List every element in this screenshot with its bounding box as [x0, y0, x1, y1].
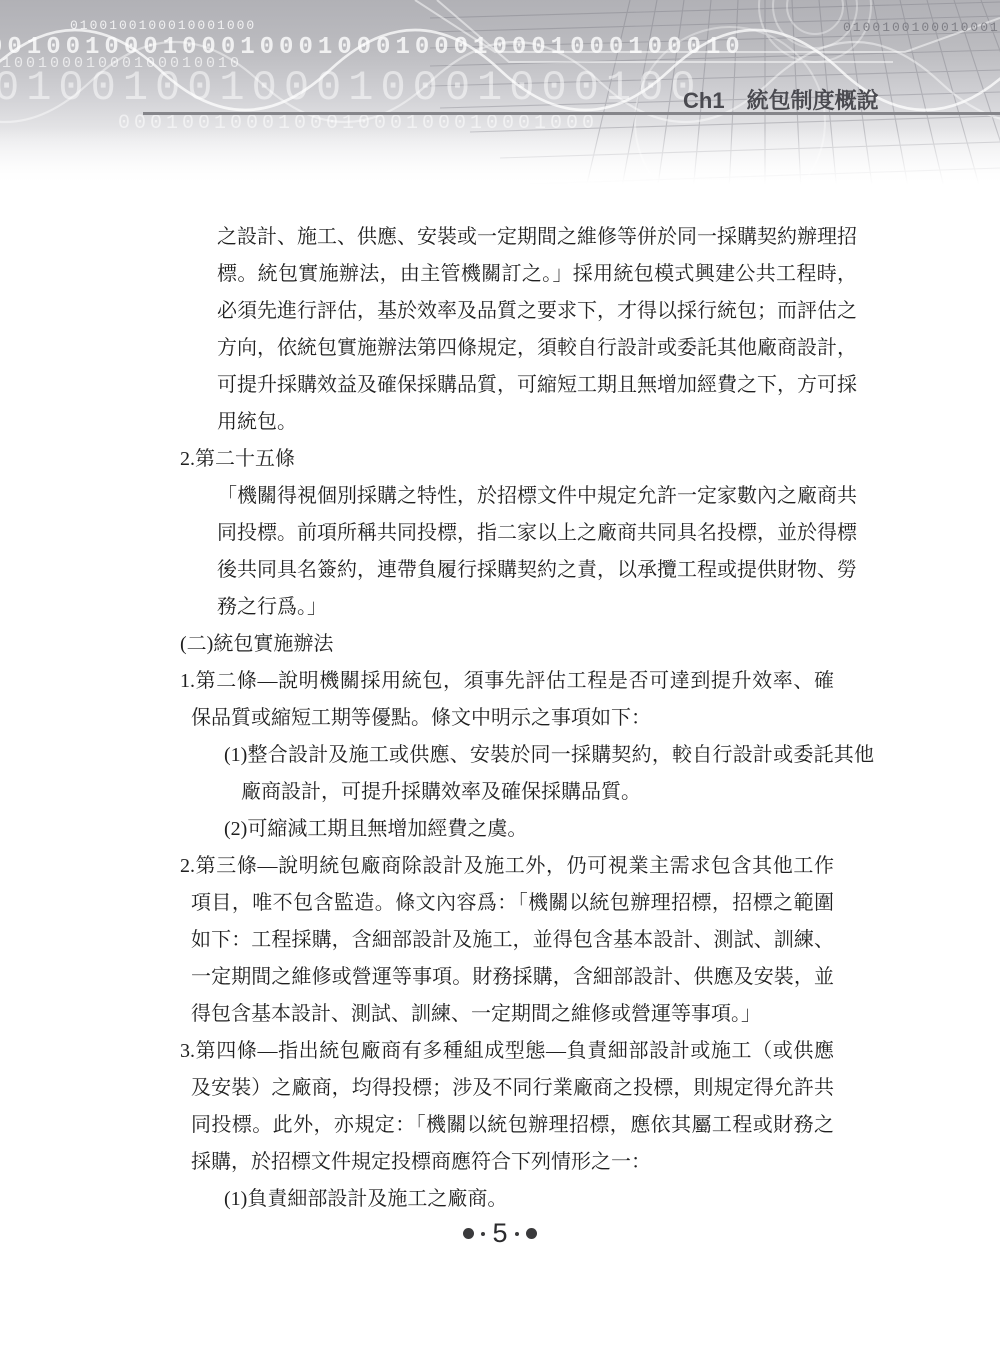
section-marker: (二): [180, 633, 213, 655]
sub-item-text: 可縮減工期且無增加經費之虞。: [247, 818, 527, 840]
list-item-article-25-heading: 2.第二十五條: [180, 441, 834, 478]
section-title: 統包實施辦法: [213, 633, 333, 655]
item-text: 第三條—說明統包廠商除設計及施工外，仍可視業主需求包含其他工作項目，唯不包含監造…: [191, 855, 834, 1025]
footer-dot-large-icon: [526, 1228, 537, 1239]
item-text: 第四條—指出統包廠商有多種組成型態—負責細部設計或施工（或供應及安裝）之廠商，均…: [191, 1040, 834, 1173]
footer-dot-large-icon: [463, 1228, 474, 1239]
banner-fade: [0, 128, 1000, 192]
sub-item-text: 整合設計及施工或供應、安裝於同一採購契約，較自行設計或委託其他廠商設計，可提升採…: [241, 744, 874, 803]
chapter-heading: Ch1 統包制度概說: [683, 84, 879, 115]
sub-item-number: (1): [224, 1188, 247, 1210]
list-item-article-3: 2.第三條—說明統包廠商除設計及施工外，仍可視業主需求包含其他工作項目，唯不包含…: [180, 848, 834, 1033]
binary-decor-text: 0100100100010001000: [70, 18, 256, 33]
item-text: 第二條—說明機關採用統包，須事先評估工程是否可達到提升效率、確保品質或縮短工期等…: [191, 670, 834, 729]
sub-item-1: (1)負責細部設計及施工之廠商。: [224, 1181, 874, 1218]
binary-decor-text: 0100100100010001: [843, 20, 1000, 35]
chapter-label: Ch1: [683, 88, 725, 114]
item-number: 2.: [180, 855, 195, 877]
section-heading: (二)統包實施辦法: [180, 626, 857, 663]
paragraph-quote-continuation: 之設計、施工、供應、安裝或一定期間之維修等併於同一採購契約辦理招標。統包實施辦法…: [217, 219, 857, 441]
page-body: 之設計、施工、供應、安裝或一定期間之維修等併於同一採購契約辦理招標。統包實施辦法…: [180, 219, 857, 1218]
item-number: 3.: [180, 1040, 195, 1062]
list-item-article-4: 3.第四條—指出統包廠商有多種組成型態—負責細部設計或施工（或供應及安裝）之廠商…: [180, 1033, 834, 1181]
item-number: 2.: [180, 448, 195, 470]
sub-item-number: (1): [224, 744, 247, 766]
book-page: 0100100100010001000 0100100100010001 001…: [0, 0, 1000, 1353]
binary-decor-text: 10010001000100010010: [2, 55, 242, 72]
footer-dot-small-icon: [481, 1232, 485, 1236]
list-item-article-2: 1.第二條—說明機關採用統包，須事先評估工程是否可達到提升效率、確保品質或縮短工…: [180, 663, 834, 737]
sub-item-number: (2): [224, 818, 247, 840]
header-rule: [143, 112, 1000, 115]
sub-item-2: (2)可縮減工期且無增加經費之虞。: [224, 811, 874, 848]
sub-item-text: 負責細部設計及施工之廠商。: [247, 1188, 507, 1210]
item-title: 第二十五條: [195, 448, 295, 470]
page-header: 0100100100010001000 0100100100010001 001…: [0, 0, 1000, 192]
chapter-title: 統包制度概說: [747, 84, 879, 115]
article-25-quote: 「機關得視個別採購之特性，於招標文件中規定允許一定家數內之廠商共同投標。前項所稱…: [217, 478, 857, 626]
page-number: 5: [492, 1220, 507, 1247]
item-number: 1.: [180, 670, 195, 692]
footer-dot-small-icon: [515, 1232, 519, 1236]
sub-item-1: (1)整合設計及施工或供應、安裝於同一採購契約，較自行設計或委託其他廠商設計，可…: [224, 737, 874, 811]
page-footer: 5: [0, 1220, 1000, 1247]
